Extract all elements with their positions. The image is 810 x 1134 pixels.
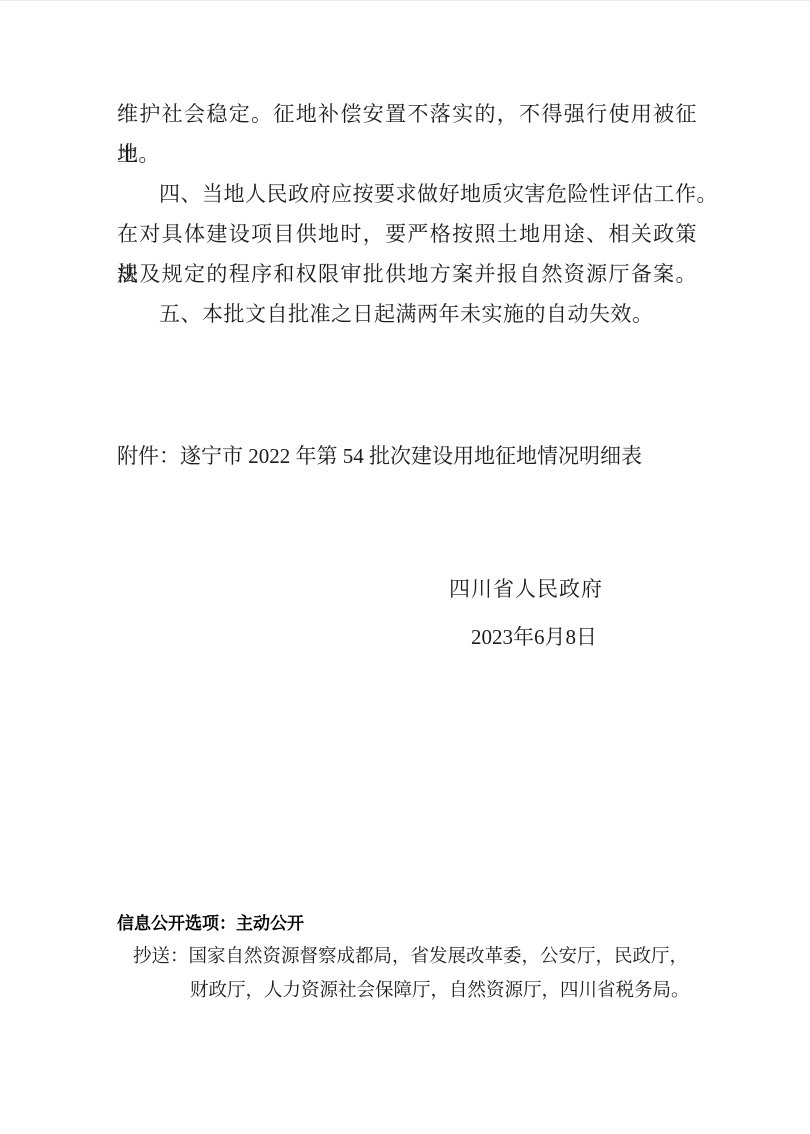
attachment-line: 附件：遂宁市 2022 年第 54 批次建设用地征地情况明细表 <box>117 436 697 476</box>
body-line: 规及规定的程序和权限审批供地方案并报自然资源厅备案。 <box>117 254 697 294</box>
body-line: 维护社会稳定。征地补偿安置不落实的，不得强行使用被征土 <box>117 94 697 134</box>
signature-date: 2023年6月8日 <box>117 617 697 657</box>
body-paragraphs: 维护社会稳定。征地补偿安置不落实的，不得强行使用被征土 地。 四、当地人民政府应… <box>117 94 697 334</box>
disclosure-line: 信息公开选项：主动公开 <box>117 909 697 939</box>
body-line: 五、本批文自批准之日起满两年未实施的自动失效。 <box>117 294 697 334</box>
body-line: 地。 <box>117 134 697 174</box>
document-content: 维护社会稳定。征地补偿安置不落实的，不得强行使用被征土 地。 四、当地人民政府应… <box>117 1 697 1008</box>
cc-line: 财政厅，人力资源社会保障厅，自然资源厅，四川省税务局。 <box>117 974 697 1008</box>
signature-issuer: 四川省人民政府 <box>117 569 697 609</box>
body-line: 四、当地人民政府应按要求做好地质灾害危险性评估工作。 <box>117 174 697 214</box>
cc-line: 抄送：国家自然资源督察成都局，省发展改革委，公安厅，民政厅， <box>117 940 697 974</box>
body-line: 在对具体建设项目供地时，要严格按照土地用途、相关政策法 <box>117 214 697 254</box>
document-page: 维护社会稳定。征地补偿安置不落实的，不得强行使用被征土 地。 四、当地人民政府应… <box>0 0 810 1134</box>
